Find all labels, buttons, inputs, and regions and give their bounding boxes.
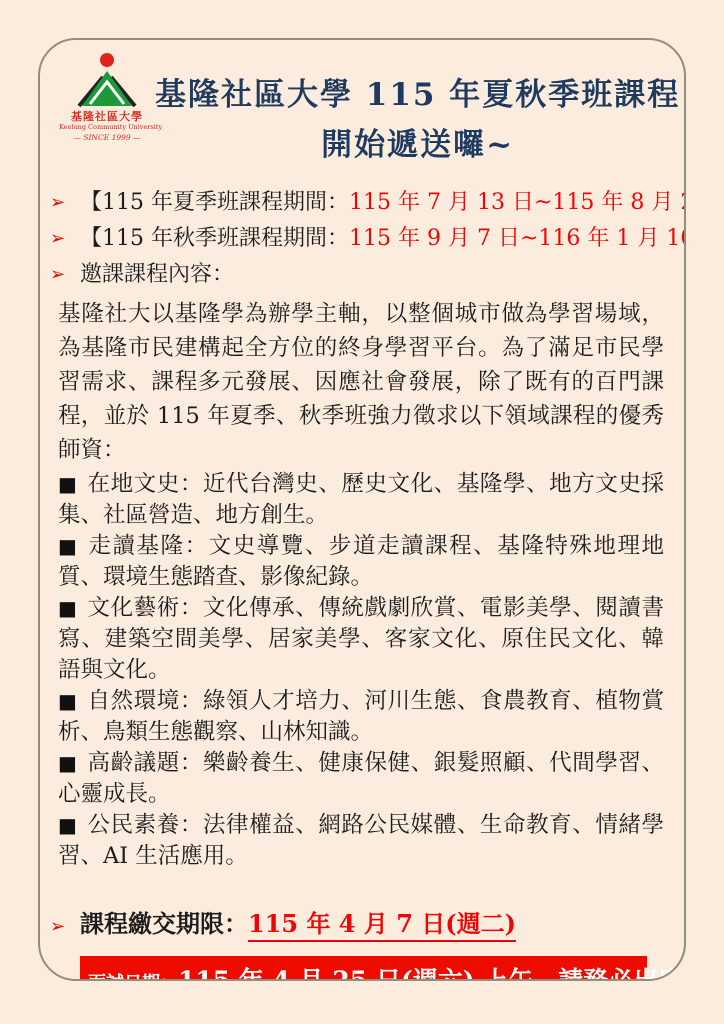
- summer-term-row: ➢ 【115 年夏季班課程期間：115 年 7 月 13 日~115 年 8 月…: [47, 186, 664, 219]
- logo-mountain: [82, 71, 132, 106]
- square-bullet-icon: ■: [58, 751, 77, 775]
- autumn-term-text: 【115 年秋季班課程期間：115 年 9 月 7 日~116 年 1 月 10…: [80, 222, 686, 255]
- interview-label: 面試日期：: [88, 969, 178, 981]
- list-item: ■在地文史：近代台灣史、歷史文化、基隆學、地方文史採集、社區營造、地方創生。: [58, 469, 664, 531]
- page-title-line1: 基隆社區大學 115 年夏秋季班課程: [155, 70, 680, 120]
- invite-heading: 邀課課程內容：: [80, 258, 234, 291]
- document-frame: 基隆社區大學 Keelung Community University — SI…: [38, 38, 686, 981]
- square-bullet-icon: ■: [58, 472, 77, 496]
- interview-date: 115 年 4 月 25 日(週六) 上午，請務必出席~: [178, 961, 686, 981]
- field-text: 公民素養：法律權益、網路公民媒體、生命教育、情緒學習、AI 生活應用。: [58, 812, 664, 869]
- list-item: ■走讀基隆：文史導覽、步道走讀課程、基隆特殊地理地質、環境生態踏查、影像紀錄。: [58, 531, 664, 593]
- university-logo: 基隆社區大學 Keelung Community University — SI…: [47, 48, 155, 143]
- arrow-bullet-icon: ➢: [47, 186, 80, 219]
- square-bullet-icon: ■: [58, 596, 77, 620]
- logo-since: — SINCE 1999 —: [59, 132, 155, 143]
- list-item: ■公民素養：法律權益、網路公民媒體、生命教育、情緒學習、AI 生活應用。: [58, 810, 664, 872]
- list-item: ■自然環境：綠領人才培力、河川生態、食農教育、植物賞析、鳥類生態觀察、山林知識。: [58, 686, 664, 748]
- autumn-term-prefix: 【115 年秋季班課程期間：: [80, 226, 349, 251]
- autumn-term-row: ➢ 【115 年秋季班課程期間：115 年 9 月 7 日~116 年 1 月 …: [47, 222, 664, 255]
- logo-name-zh: 基隆社區大學: [59, 110, 155, 123]
- arrow-bullet-icon: ➢: [47, 258, 80, 291]
- field-text: 高齡議題：樂齡養生、健康保健、銀髮照顧、代間學習、心靈成長。: [58, 750, 664, 807]
- arrow-bullet-icon: ➢: [47, 222, 80, 255]
- list-item: ■文化藝術：文化傳承、傳統戲劇欣賞、電影美學、閱讀書寫、建築空間美學、居家美學、…: [58, 593, 664, 686]
- invite-heading-row: ➢ 邀課課程內容：: [47, 258, 664, 291]
- list-item: ■高齡議題：樂齡養生、健康保健、銀髮照顧、代間學習、心靈成長。: [58, 748, 664, 810]
- logo-name-en: Keelung Community University: [59, 123, 155, 132]
- term-bullets: ➢ 【115 年夏季班課程期間：115 年 7 月 13 日~115 年 8 月…: [47, 186, 664, 291]
- square-bullet-icon: ■: [58, 534, 78, 558]
- arrow-bullet-icon: ➢: [47, 910, 80, 943]
- intro-paragraph: 基隆社大以基隆學為辦學主軸，以整個城市做為學習場域，為基隆市民建構起全方位的終身…: [58, 297, 664, 467]
- autumn-term-dates: 115 年 9 月 7 日~116 年 1 月 10 日: [349, 226, 686, 251]
- deadline-date: 115 年 4 月 7 日(週二): [248, 904, 516, 942]
- header: 基隆社區大學 Keelung Community University — SI…: [47, 48, 664, 170]
- square-bullet-icon: ■: [58, 813, 77, 837]
- summer-term-dates: 115 年 7 月 13 日~115 年 8 月 23 日: [349, 190, 686, 215]
- field-text: 自然環境：綠領人才培力、河川生態、食農教育、植物賞析、鳥類生態觀察、山林知識。: [58, 688, 664, 745]
- summer-term-prefix: 【115 年夏季班課程期間：: [80, 190, 349, 215]
- deadline-label: 課程繳交期限：: [80, 904, 248, 939]
- deadline-row: ➢ 課程繳交期限： 115 年 4 月 7 日(週二): [47, 904, 664, 943]
- field-text: 在地文史：近代台灣史、歷史文化、基隆學、地方文史採集、社區營造、地方創生。: [58, 471, 664, 528]
- mountain-sun-logo-icon: [74, 52, 140, 110]
- page-title: 基隆社區大學 115 年夏秋季班課程 開始遞送囉~: [155, 48, 680, 170]
- arrow-bullet-icon: ➢: [47, 964, 80, 981]
- interview-banner: 面試日期： 115 年 4 月 25 日(週六) 上午，請務必出席~: [80, 956, 647, 981]
- field-text: 文化藝術：文化傳承、傳統戲劇欣賞、電影美學、閱讀書寫、建築空間美學、居家美學、客…: [58, 595, 664, 683]
- course-field-list: ■在地文史：近代台灣史、歷史文化、基隆學、地方文史採集、社區營造、地方創生。 ■…: [58, 469, 664, 872]
- summer-term-text: 【115 年夏季班課程期間：115 年 7 月 13 日~115 年 8 月 2…: [80, 186, 686, 219]
- interview-row: ➢ 面試日期： 115 年 4 月 25 日(週六) 上午，請務必出席~: [47, 956, 664, 981]
- page-title-line2: 開始遞送囉~: [155, 120, 680, 170]
- field-text: 走讀基隆：文史導覽、步道走讀課程、基隆特殊地理地質、環境生態踏查、影像紀錄。: [58, 533, 664, 590]
- logo-sun: [100, 53, 114, 67]
- square-bullet-icon: ■: [58, 689, 77, 713]
